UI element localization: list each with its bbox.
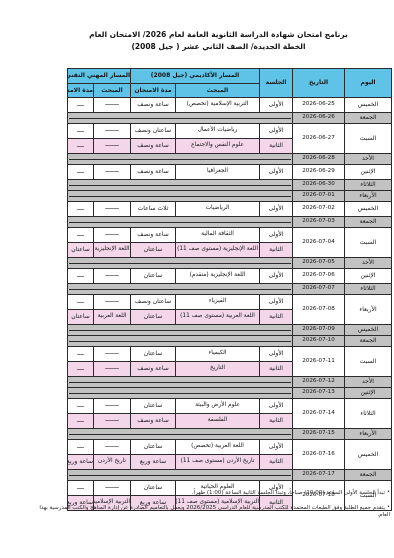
day-cell: السبت (345, 347, 392, 377)
exam-row: الإثنين2026-06-29الأولىالجغرافياساعة ونص… (68, 165, 392, 180)
btec-subject-cell: ــــــــ (94, 98, 131, 113)
btec-duration-cell: ــــ (68, 399, 94, 414)
session-cell: الثانية (260, 414, 293, 429)
footer-notes: •تبدأ الجلسة الأولى الساعة (10:00) صباحا… (28, 489, 390, 527)
academic-duration-cell: ثلاث ساعات (131, 202, 176, 217)
btec-subject-cell: ــــــــ (94, 228, 131, 243)
no-exam-cell (68, 284, 293, 295)
session-cell: الثانية (260, 362, 293, 377)
academic-subject-cell: اللغة الإنجليزية (متقدم) (176, 269, 260, 284)
date-cell: 2026-07-06 (293, 269, 345, 284)
academic-duration-cell: ساعتان ونصف (131, 295, 176, 310)
no-exam-line (69, 159, 291, 160)
note-text: تبدأ الجلسة الأولى الساعة (10:00) صباحاً… (192, 490, 385, 496)
no-exam-cell (68, 388, 293, 399)
academic-subject-cell: الفلسفة (176, 414, 260, 429)
exam-row: السبت2026-07-11الأولىالكيمياءساعتانـــــ… (68, 347, 392, 362)
date-cell: 2026-06-28 (293, 154, 345, 165)
day-cell: الخميس (345, 325, 392, 336)
no-exam-line (69, 263, 291, 264)
exam-row: الخميس2026-06-25الأولىالتربية الإسلامية … (68, 98, 392, 113)
no-exam-line (69, 341, 291, 342)
document-title: برنامج امتحان شهادة الدراسة الثانوية الع… (55, 29, 382, 54)
btec-subject-cell: ــــــــ (94, 165, 131, 180)
academic-subject-cell: اللغة العربية (مستوى صف 11) (176, 310, 260, 325)
date-cell: 2026-07-10 (293, 336, 345, 347)
academic-duration-cell: ساعة وربع (131, 455, 176, 470)
day-cell: الثلاثاء (345, 180, 392, 191)
date-cell: 2026-07-14 (293, 399, 345, 429)
session-cell: الأولى (260, 269, 293, 284)
academic-subject-cell: الرياضيات (176, 202, 260, 217)
no-exam-cell (68, 470, 293, 481)
no-exam-line (69, 222, 291, 223)
date-cell: 2026-07-08 (293, 295, 345, 325)
btec-duration-cell: ــــ (68, 124, 94, 139)
day-cell: الجمعة (345, 470, 392, 481)
academic-subject-cell: تاريخ الأردن (مستوى صف 11) (176, 455, 260, 470)
btec-subject-cell: ــــــــ (94, 295, 131, 310)
note-sessions-times: •تبدأ الجلسة الأولى الساعة (10:00) صباحا… (28, 489, 390, 497)
no-exam-line (69, 196, 291, 197)
holiday-row: الأربعاء2026-07-15 (68, 429, 392, 440)
btec-duration-cell: ــــ (68, 362, 94, 377)
header-btec-track: المسار المهني التقني (BTEC) (68, 69, 131, 84)
header-session: الجلسة (260, 69, 293, 98)
session-cell: الأولى (260, 347, 293, 362)
day-cell: الخميس (345, 202, 392, 217)
session-cell: الأولى (260, 124, 293, 139)
session-cell: الثانية (260, 243, 293, 258)
header-btec-duration: مدة الامتحان (68, 84, 94, 98)
date-cell: 2026-07-07 (293, 284, 345, 295)
no-exam-cell (68, 217, 293, 228)
btec-duration-cell: ساعتان (68, 310, 94, 325)
academic-duration-cell: ساعة ونصف (131, 414, 176, 429)
academic-duration-cell: ساعة ونصف (131, 139, 176, 154)
holiday-row: الأربعاء2026-07-01 (68, 191, 392, 202)
academic-subject-cell: اللغة الإنجليزية (مستوى صف 11) (176, 243, 260, 258)
btec-duration-cell: ــــ (68, 228, 94, 243)
holiday-row: الخميس2026-07-09 (68, 325, 392, 336)
btec-duration-cell: ــــ (68, 295, 94, 310)
no-exam-line (69, 185, 291, 186)
date-cell: 2026-06-29 (293, 165, 345, 180)
exam-schedule-table: اليوم التاريخ الجلسة المسار الأكاديمي (ج… (67, 68, 392, 511)
day-cell: الثلاثاء (345, 284, 392, 295)
academic-subject-cell: الثقافة المالية (176, 228, 260, 243)
exam-row: الثلاثاء2026-07-14الأولىعلوم الأرض والبي… (68, 399, 392, 414)
no-exam-line (69, 393, 291, 394)
no-exam-line (69, 434, 291, 435)
day-cell: الأربعاء (345, 191, 392, 202)
holiday-row: الثلاثاء2026-07-07 (68, 284, 392, 295)
btec-subject-cell: اللغة الإنجليزية (94, 243, 131, 258)
session-cell: الأولى (260, 165, 293, 180)
date-cell: 2026-07-11 (293, 347, 345, 377)
btec-subject-cell: ــــــــ (94, 347, 131, 362)
day-cell: الأربعاء (345, 429, 392, 440)
academic-subject-cell: علوم الأرض والبيئة (176, 399, 260, 414)
day-cell: الأحد (345, 154, 392, 165)
academic-subject-cell: التربية الإسلامية (تخصص) (176, 98, 260, 113)
no-exam-cell (68, 113, 293, 124)
session-cell: الثانية (260, 455, 293, 470)
header-academic-track: المسار الأكاديمي (جيل 2008) (131, 69, 260, 84)
academic-duration-cell: ساعة ونصف (131, 228, 176, 243)
day-cell: الإثنين (345, 388, 392, 399)
academic-duration-cell: ساعة ونصف (131, 165, 176, 180)
day-cell: الخميس (345, 98, 392, 113)
date-cell: 2026-06-26 (293, 113, 345, 124)
date-cell: 2026-07-15 (293, 429, 345, 440)
session-cell: الأولى (260, 202, 293, 217)
academic-duration-cell: ساعتان (131, 399, 176, 414)
btec-duration-cell: ــــ (68, 202, 94, 217)
btec-duration-cell: ــــ (68, 98, 94, 113)
btec-subject-cell: ــــــــ (94, 440, 131, 455)
session-cell: الثانية (260, 139, 293, 154)
btec-subject-cell: اللغة العربية (94, 310, 131, 325)
academic-duration-cell: ساعتان (131, 310, 176, 325)
btec-subject-cell: ــــــــ (94, 124, 131, 139)
no-exam-cell (68, 180, 293, 191)
btec-subject-cell: ــــــــ (94, 139, 131, 154)
no-exam-cell (68, 429, 293, 440)
academic-subject-cell: اللغة العربية (تخصص) (176, 440, 260, 455)
academic-subject-cell: الجغرافيا (176, 165, 260, 180)
day-cell: الإثنين (345, 165, 392, 180)
header-date: التاريخ (293, 69, 345, 98)
btec-subject-cell: ــــــــ (94, 399, 131, 414)
no-exam-line (69, 382, 291, 383)
bullet-icon: • (387, 489, 390, 496)
day-cell: الأربعاء (345, 295, 392, 325)
exam-row: السبت2026-07-04الأولىالثقافة الماليةساعة… (68, 228, 392, 243)
date-cell: 2026-06-27 (293, 124, 345, 154)
day-cell: الإثنين (345, 269, 392, 284)
btec-duration-cell: ــــ (68, 414, 94, 429)
no-exam-cell (68, 154, 293, 165)
academic-subject-cell: الفيزياء (176, 295, 260, 310)
no-exam-line (69, 289, 291, 290)
btec-subject-cell: ــــــــ (94, 414, 131, 429)
day-cell: الأحد (345, 377, 392, 388)
session-cell: الأولى (260, 98, 293, 113)
no-exam-line (69, 118, 291, 119)
day-cell: الجمعة (345, 113, 392, 124)
date-cell: 2026-07-02 (293, 202, 345, 217)
day-cell: السبت (345, 124, 392, 154)
day-cell: الجمعة (345, 336, 392, 347)
academic-duration-cell: ساعتان (131, 243, 176, 258)
date-cell: 2026-06-30 (293, 180, 345, 191)
date-cell: 2026-06-25 (293, 98, 345, 113)
schedule-body: الخميس2026-06-25الأولىالتربية الإسلامية … (68, 98, 392, 511)
day-cell: الخميس (345, 440, 392, 470)
btec-subject-cell: ــــــــ (94, 362, 131, 377)
no-exam-cell (68, 325, 293, 336)
btec-duration-cell: ــــ (68, 347, 94, 362)
session-cell: الثانية (260, 310, 293, 325)
date-cell: 2026-07-01 (293, 191, 345, 202)
holiday-row: الجمعة2026-07-03 (68, 217, 392, 228)
date-cell: 2026-07-05 (293, 258, 345, 269)
day-cell: الثلاثاء (345, 399, 392, 429)
holiday-row: الجمعة2026-07-17 (68, 470, 392, 481)
exam-row: السبت2026-06-27الأولىرياضيات الأعمالساعت… (68, 124, 392, 139)
day-cell: الأحد (345, 258, 392, 269)
academic-subject-cell: رياضيات الأعمال (176, 124, 260, 139)
holiday-row: الجمعة2026-07-10 (68, 336, 392, 347)
header-btec-subject: المبحث (94, 84, 131, 98)
no-exam-cell (68, 377, 293, 388)
academic-duration-cell: ساعة ونصف (131, 362, 176, 377)
btec-duration-cell: ــــ (68, 440, 94, 455)
note-text: يتقدم جميع الطلبة وفق الطبعات المعتمدة ل… (39, 505, 390, 518)
btec-subject-cell: ــــــــ (94, 269, 131, 284)
exam-row: الأربعاء2026-07-08الأولىالفيزياءساعتان و… (68, 295, 392, 310)
no-exam-line (69, 475, 291, 476)
btec-subject-cell: تاريخ الأردن (94, 455, 131, 470)
header-academic-subject: المبحث (176, 84, 260, 98)
btec-duration-cell: ــــ (68, 165, 94, 180)
bullet-icon: • (387, 504, 390, 511)
btec-duration-cell: ــــ (68, 269, 94, 284)
btec-duration-cell: ساعتان (68, 243, 94, 258)
header-academic-duration: مدة الامتحان (131, 84, 176, 98)
date-cell: 2026-07-03 (293, 217, 345, 228)
session-cell: الأولى (260, 399, 293, 414)
holiday-row: الأحد2026-07-05 (68, 258, 392, 269)
session-cell: الأولى (260, 295, 293, 310)
holiday-row: الإثنين2026-07-13 (68, 388, 392, 399)
academic-subject-cell: التاريخ (176, 362, 260, 377)
exam-row: الخميس2026-07-16الأولىاللغة العربية (تخص… (68, 440, 392, 455)
document-title-line2: الخطة الجديدة/ الصف الثاني عشر ( جيل 200… (55, 41, 382, 53)
exam-row: الخميس2026-07-02الأولىالرياضياتثلاث ساعا… (68, 202, 392, 217)
academic-subject-cell: الكيمياء (176, 347, 260, 362)
academic-duration-cell: ساعتان (131, 440, 176, 455)
header-day: اليوم (345, 69, 392, 98)
schedule-header: اليوم التاريخ الجلسة المسار الأكاديمي (ج… (68, 69, 392, 98)
academic-duration-cell: ساعتان (131, 347, 176, 362)
academic-duration-cell: ساعتان (131, 269, 176, 284)
holiday-row: الجمعة2026-06-26 (68, 113, 392, 124)
no-exam-cell (68, 258, 293, 269)
btec-subject-cell: ــــــــ (94, 202, 131, 217)
date-cell: 2026-07-16 (293, 440, 345, 470)
exam-row: الإثنين2026-07-06الأولىاللغة الإنجليزية … (68, 269, 392, 284)
holiday-row: الثلاثاء2026-06-30 (68, 180, 392, 191)
session-cell: الأولى (260, 440, 293, 455)
date-cell: 2026-07-04 (293, 228, 345, 258)
btec-duration-cell: ــــ (68, 139, 94, 154)
holiday-row: الأحد2026-07-12 (68, 377, 392, 388)
no-exam-line (69, 330, 291, 331)
day-cell: السبت (345, 228, 392, 258)
btec-duration-cell: ساعة وربع (68, 455, 94, 470)
academic-subject-cell: علوم النفس والاجتماع (176, 139, 260, 154)
no-exam-cell (68, 336, 293, 347)
date-cell: 2026-07-09 (293, 325, 345, 336)
date-cell: 2026-07-17 (293, 470, 345, 481)
date-cell: 2026-07-13 (293, 388, 345, 399)
academic-duration-cell: ساعة ونصف (131, 98, 176, 113)
date-cell: 2026-07-12 (293, 377, 345, 388)
note-approved-textbooks: •يتقدم جميع الطلبة وفق الطبعات المعتمدة … (28, 504, 390, 519)
session-cell: الأولى (260, 228, 293, 243)
academic-duration-cell: ساعتان ونصف (131, 124, 176, 139)
holiday-row: الأحد2026-06-28 (68, 154, 392, 165)
no-exam-cell (68, 191, 293, 202)
document-title-line1: برنامج امتحان شهادة الدراسة الثانوية الع… (55, 29, 382, 41)
day-cell: الجمعة (345, 217, 392, 228)
